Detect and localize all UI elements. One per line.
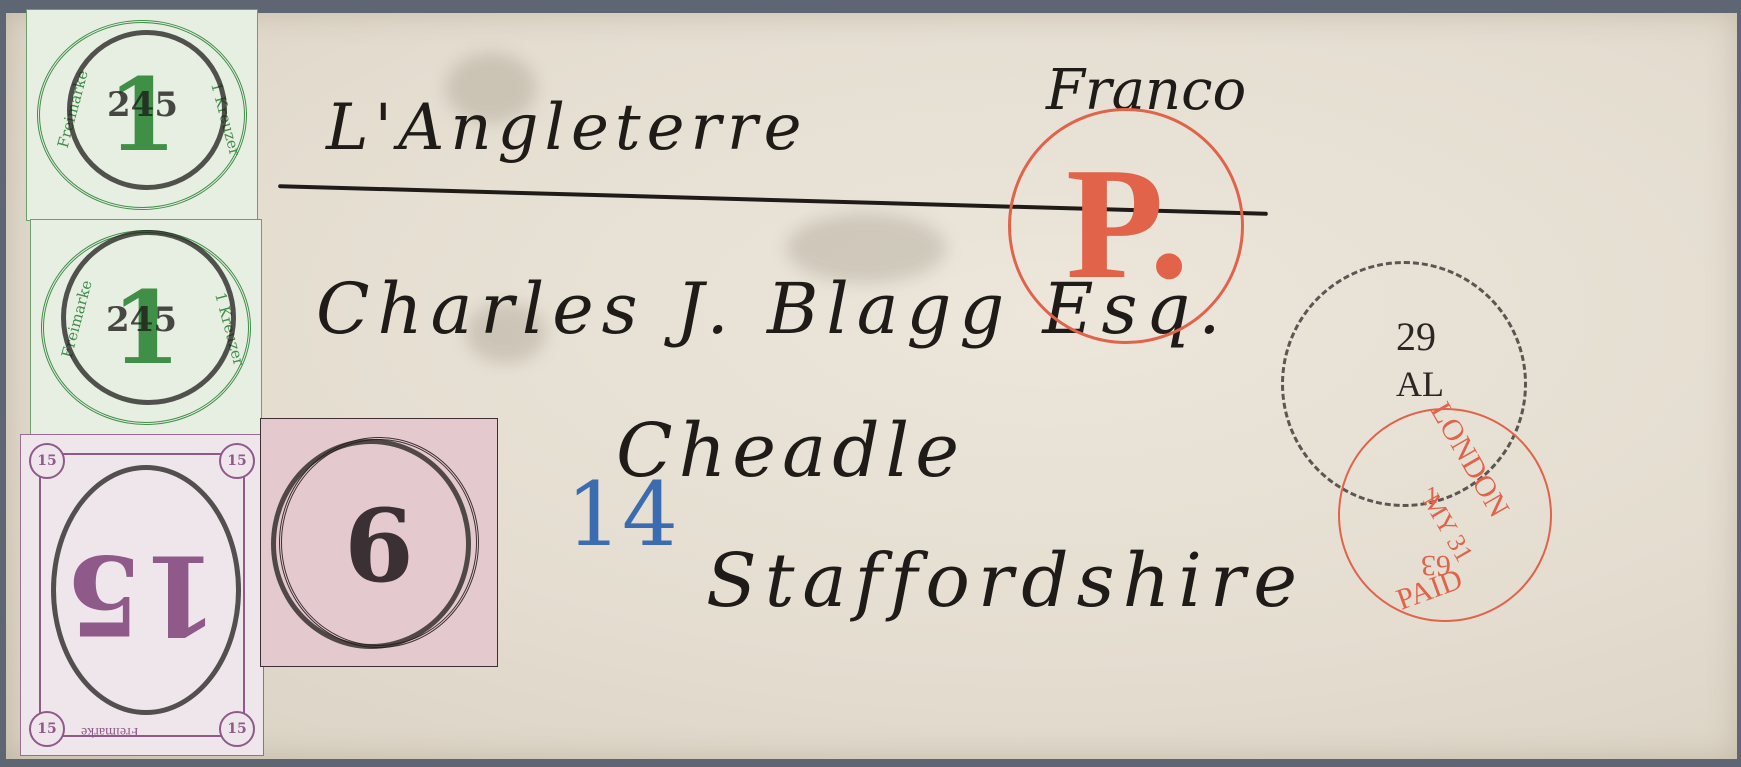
red-p-mark: P.: [1066, 131, 1189, 316]
stamp-corner-value: 15: [219, 711, 255, 747]
blue-pencil-rate: 14: [566, 463, 678, 566]
cancel-number: 245: [106, 300, 177, 340]
dater-letter: AL: [1396, 363, 1444, 405]
stamp-green-1kr-bottom: 1 Freimarke 1 Kreuzer 245: [30, 219, 262, 436]
cancel-number: 245: [107, 85, 178, 125]
numeral-cancel: [51, 465, 241, 715]
dater-day: 29: [1396, 313, 1436, 360]
stamp-pink-9kr: 9: [260, 418, 498, 667]
stamp-corner-value: 15: [29, 443, 65, 479]
stamp-corner-value: 15: [219, 443, 255, 479]
envelope: 1 Freimarke 1 Kreuzer 245 1 Freimarke 1 …: [6, 13, 1737, 759]
stamp-green-1kr-top: 1 Freimarke 1 Kreuzer 245: [26, 9, 258, 221]
stamp-lilac-15kr: 15 15 15 15 15 Freimarke: [20, 434, 264, 756]
stamp-legend: Freimarke: [81, 723, 139, 739]
handwritten-destination-country: L'Angleterre: [326, 91, 808, 165]
handwritten-county: Staffordshire: [706, 538, 1305, 624]
stamp-corner-value: 15: [29, 711, 65, 747]
numeral-cancel: [271, 439, 471, 649]
